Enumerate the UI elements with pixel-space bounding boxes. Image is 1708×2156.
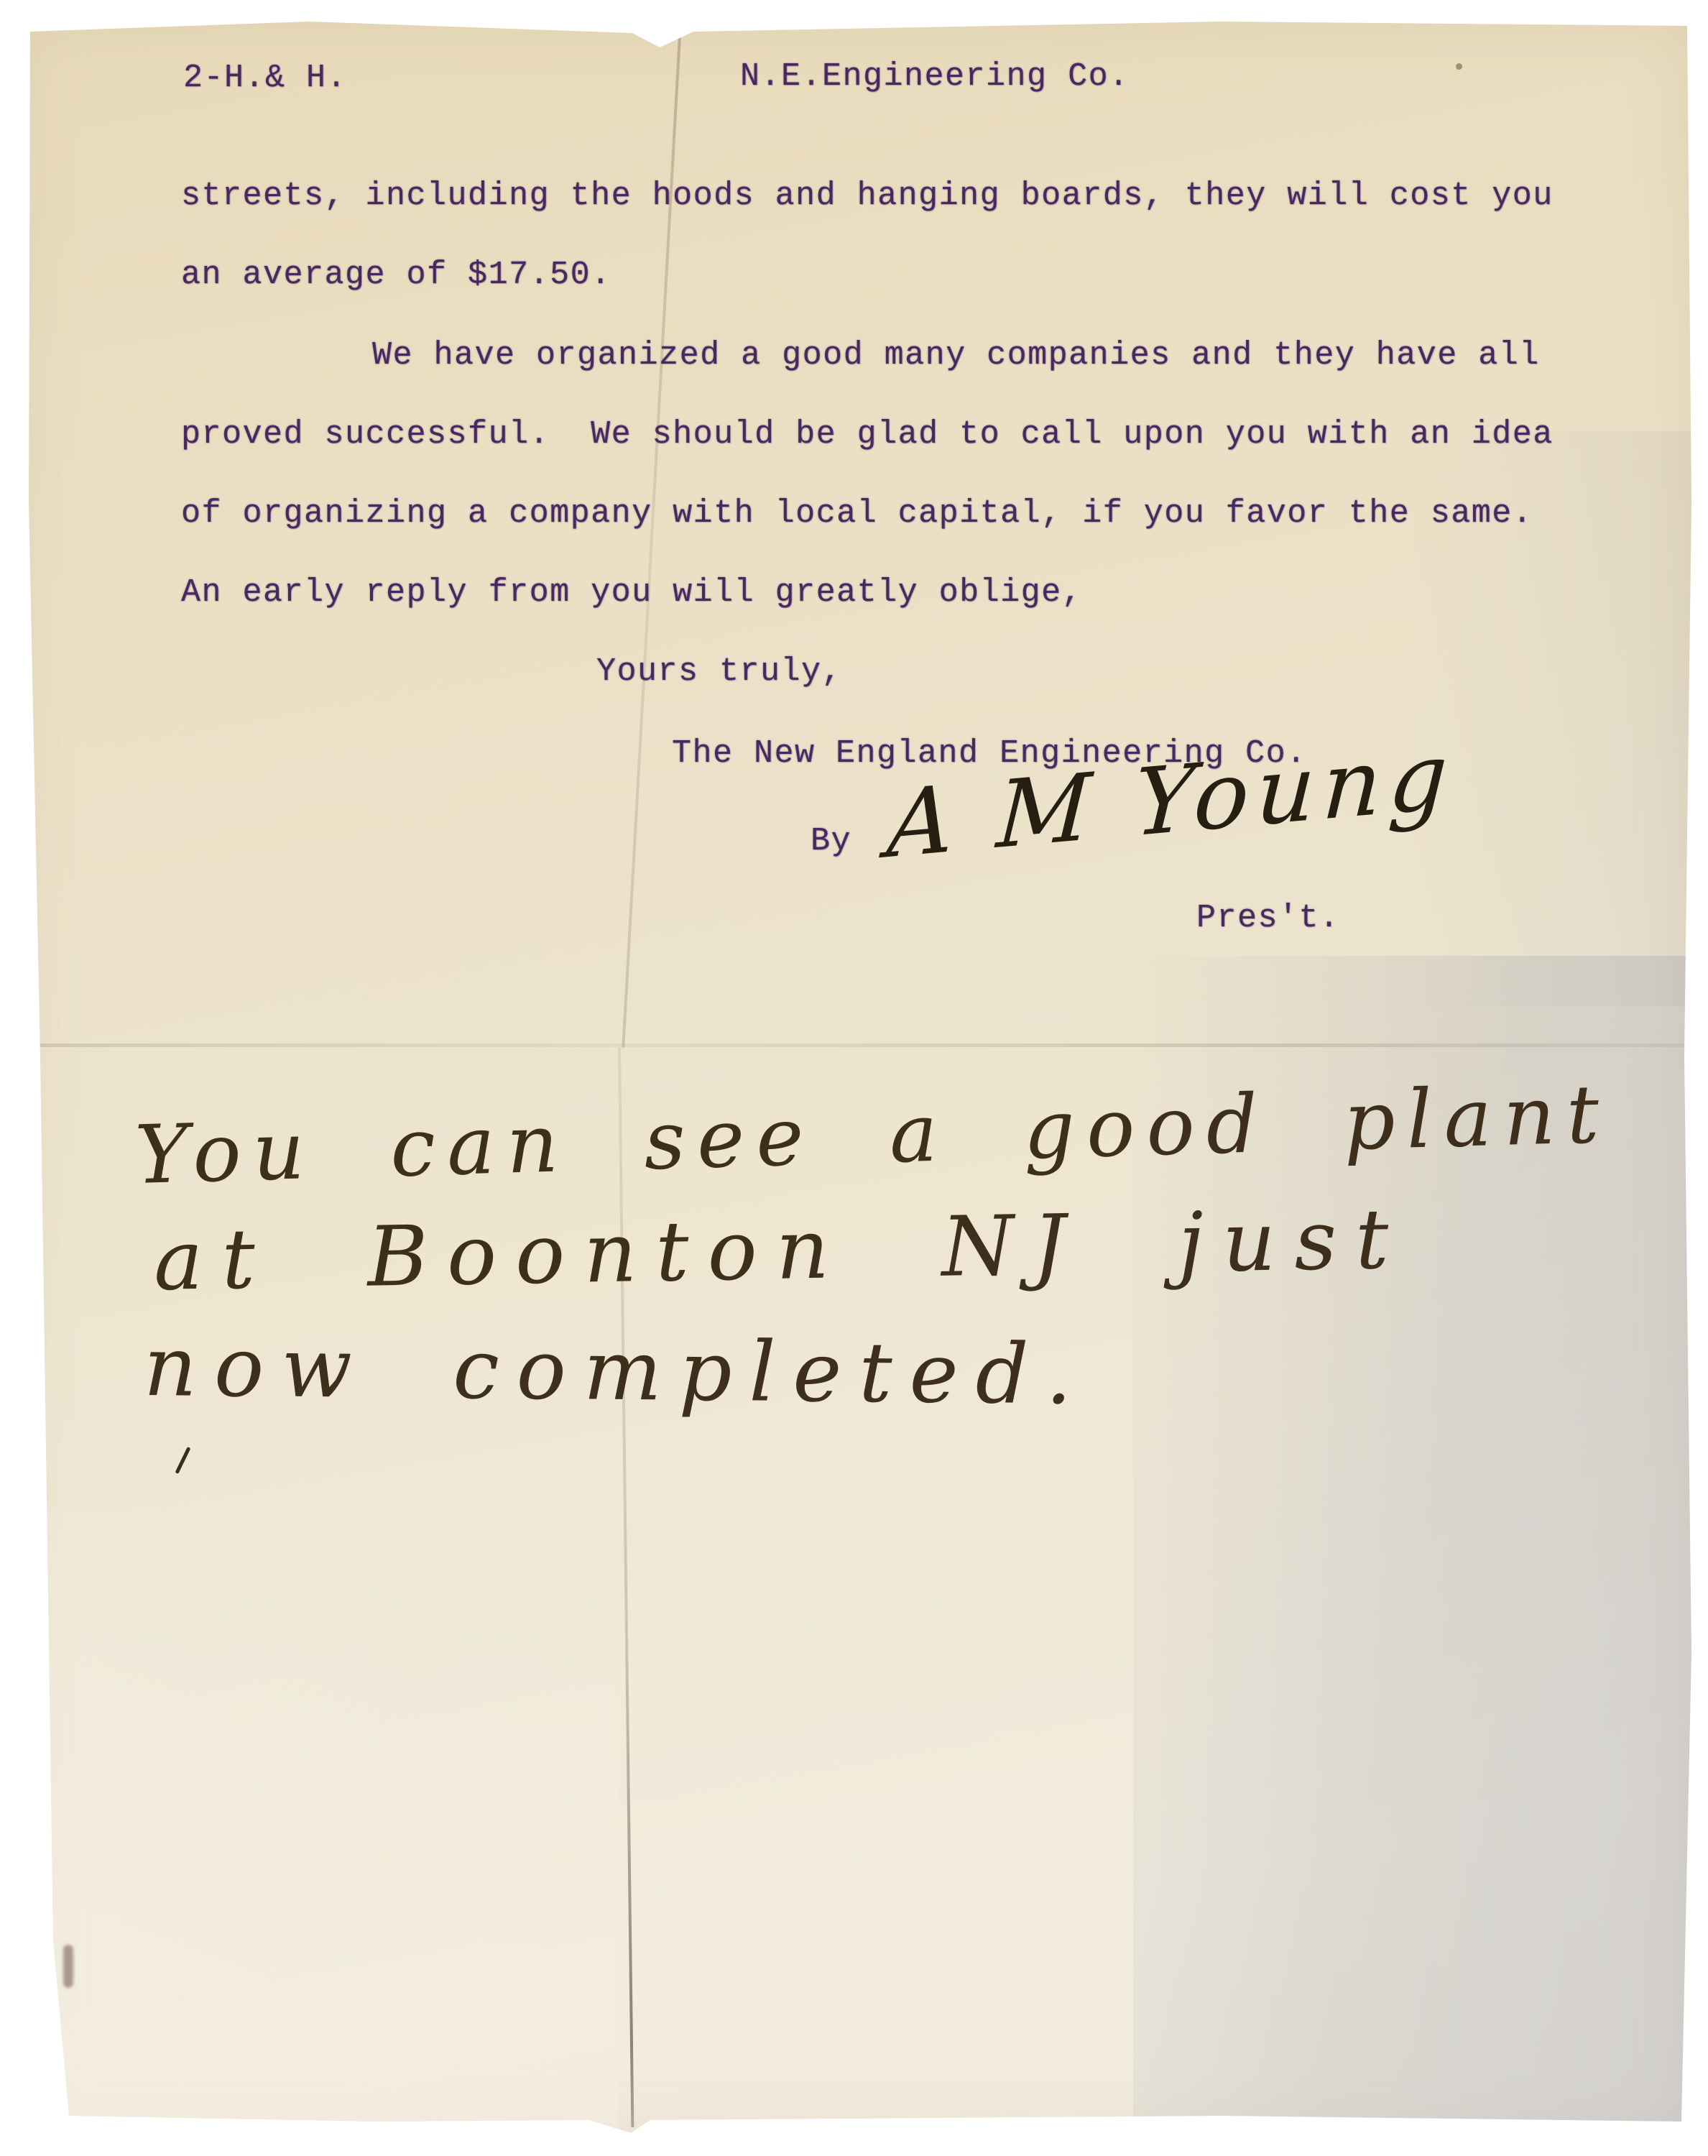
page-reference: 2-H.& H. [183, 62, 347, 94]
body-line: proved successful. We should be glad to … [181, 418, 1554, 451]
paper-shading-bottom-left [43, 1509, 618, 2156]
by-label: By [811, 825, 851, 857]
body-line: of organizing a company with local capit… [181, 497, 1533, 530]
body-line: streets, including the hoods and hanging… [181, 180, 1554, 212]
body-line: an average of $17.50. [181, 259, 611, 291]
letter-scan-photo: 2-H.& H. N.E.Engineering Co. streets, in… [0, 0, 1708, 2156]
fold-crease-vertical-top [622, 23, 682, 1048]
letter-page-paper: 2-H.& H. N.E.Engineering Co. streets, in… [0, 0, 1708, 2156]
body-line-paragraph-start: We have organized a good many companies … [372, 339, 1540, 372]
signer-title: Pres't. [1196, 902, 1340, 934]
paper-speck [1456, 63, 1462, 70]
handwritten-note-line: now completed. [143, 1326, 1089, 1416]
letterhead-company-title: N.E.Engineering Co. [740, 60, 1130, 93]
closing-valediction: Yours truly, [596, 655, 842, 688]
fold-crease-horizontal-middle [34, 1044, 1687, 1047]
handwritten-note-line: at Boonton NJ just [153, 1199, 1408, 1303]
body-line: An early reply from you will greatly obl… [181, 576, 1082, 609]
paper-edge-smudge [63, 1945, 73, 1988]
stray-ink-tick-mark [175, 1447, 190, 1474]
handwritten-note-line: You can see a good plant [134, 1074, 1611, 1196]
